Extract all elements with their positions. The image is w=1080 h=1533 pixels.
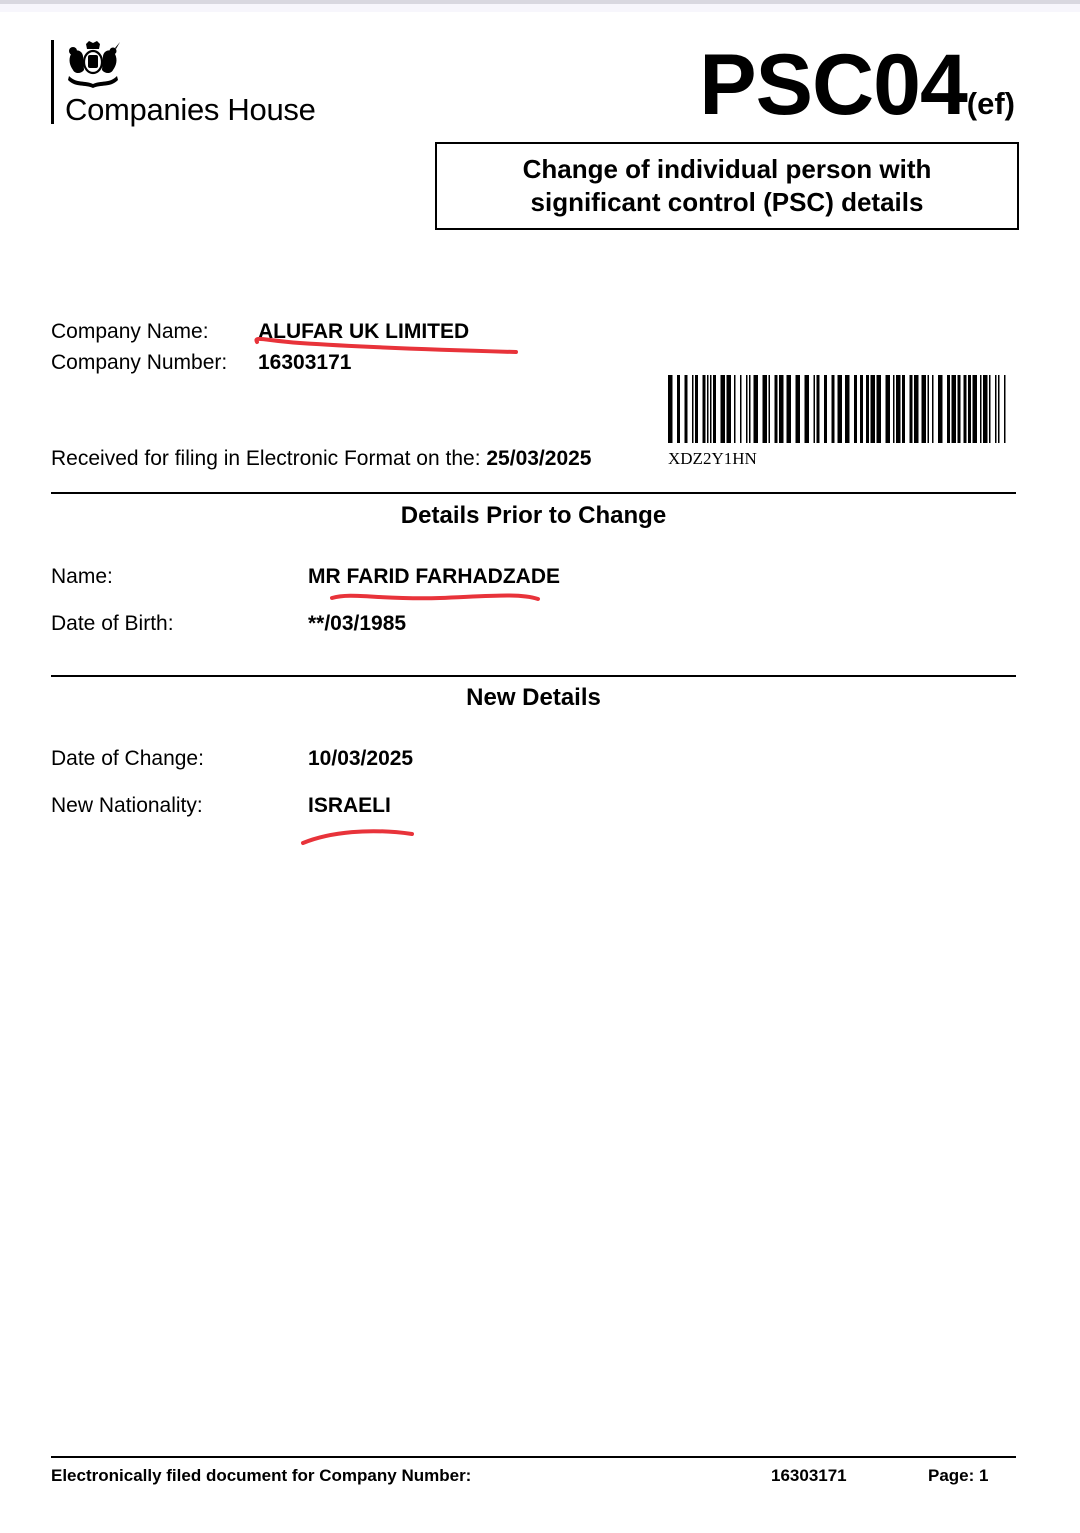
form-title-line-1: Change of individual person with: [523, 153, 932, 186]
new-nationality-value: ISRAELI: [308, 794, 391, 818]
form-code-main: PSC04: [699, 37, 967, 133]
received-date: 25/03/2025: [486, 447, 591, 470]
divider: [51, 492, 1016, 494]
section-heading-prior: Details Prior to Change: [51, 502, 1016, 530]
viewer-top-shadow: [0, 4, 1080, 12]
footer-label: Electronically filed document for Compan…: [51, 1466, 471, 1486]
underline-nationality: [303, 831, 412, 843]
company-name-value: ALUFAR UK LIMITED: [258, 320, 469, 344]
date-of-change-value: 10/03/2025: [308, 747, 413, 771]
logo-rule: [51, 40, 54, 124]
barcode-text: XDZ2Y1HN: [668, 449, 757, 469]
form-title-box: Change of individual person with signifi…: [435, 142, 1019, 230]
form-code-suffix: (ef): [967, 86, 1015, 121]
prior-name-label: Name:: [51, 565, 113, 589]
prior-name-value: MR FARID FARHADZADE: [308, 565, 560, 589]
form-code: PSC04(ef): [699, 36, 1015, 135]
company-number-value: 16303171: [258, 351, 351, 375]
divider: [51, 675, 1016, 677]
form-title-line-2: significant control (PSC) details: [523, 186, 932, 219]
footer-page-number: Page: 1: [928, 1466, 988, 1486]
new-nationality-label: New Nationality:: [51, 794, 203, 818]
date-of-change-label: Date of Change:: [51, 747, 204, 771]
organisation-name: Companies House: [65, 92, 316, 128]
royal-crest-icon: [63, 40, 123, 90]
section-heading-new: New Details: [51, 684, 1016, 712]
received-line: Received for filing in Electronic Format…: [51, 447, 591, 471]
barcode: [668, 375, 1006, 443]
underline-prior-name: [332, 595, 538, 599]
footer-divider: [51, 1456, 1016, 1458]
footer-company-number: 16303171: [771, 1466, 847, 1486]
company-name-label: Company Name:: [51, 320, 209, 344]
received-label: Received for filing in Electronic Format…: [51, 447, 481, 470]
company-number-label: Company Number:: [51, 351, 227, 375]
dob-value: **/03/1985: [308, 612, 406, 636]
dob-label: Date of Birth:: [51, 612, 174, 636]
